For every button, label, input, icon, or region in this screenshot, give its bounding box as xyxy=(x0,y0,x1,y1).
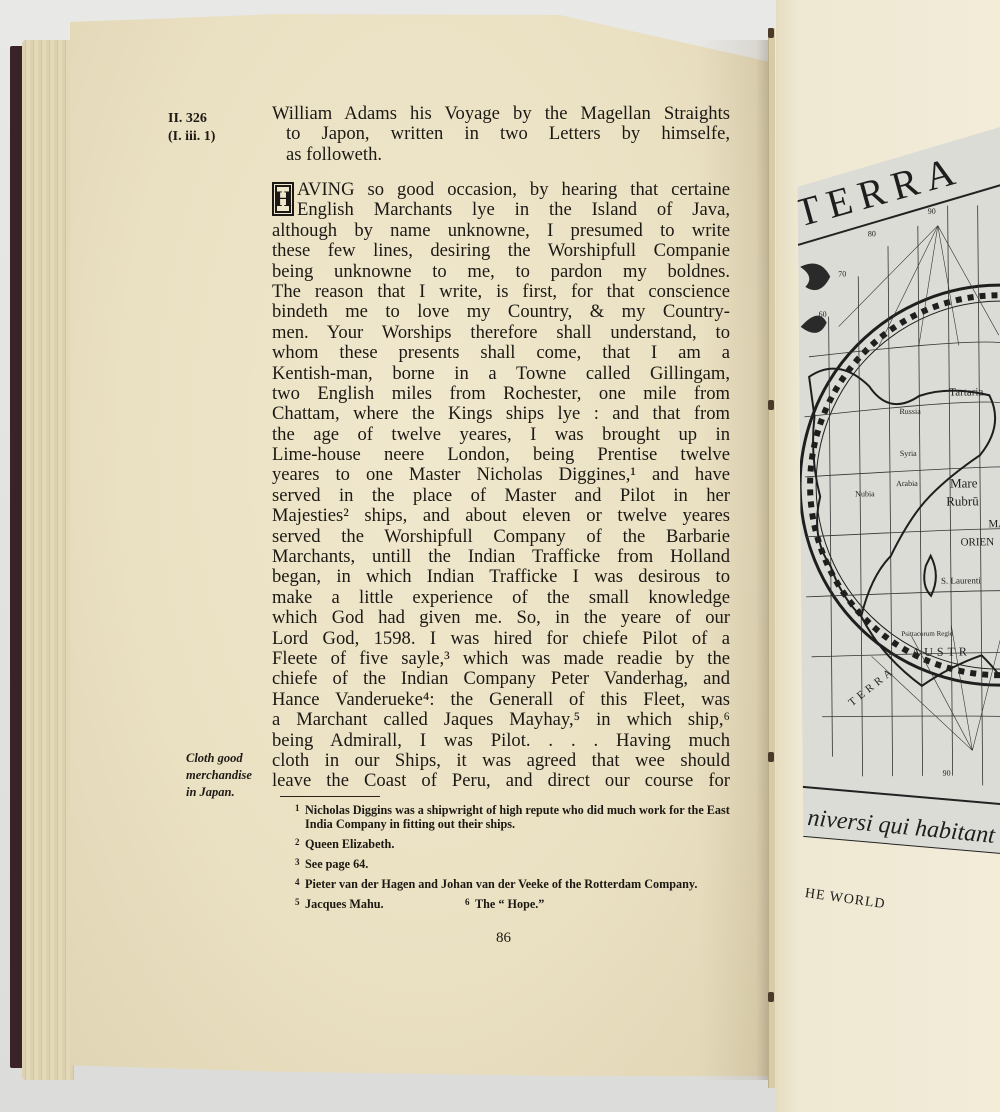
stitch xyxy=(768,992,774,1002)
body-line: Chattam, where the Kings ships lye : and… xyxy=(272,404,730,424)
footnote-text: Queen Elizabeth. xyxy=(305,837,394,851)
footnote-number: 3 xyxy=(295,855,300,869)
svg-text:Tartaria: Tartaria xyxy=(949,386,983,398)
footnote-number: 4 xyxy=(295,875,300,889)
footnote: 1 Nicholas Diggins was a shipwright of h… xyxy=(295,803,731,831)
body-line: Fleete of five sayle,³ which was made re… xyxy=(272,649,730,669)
body-line: AVING so good occasion, by hearing that … xyxy=(272,180,730,200)
footnote-text: See page 64. xyxy=(305,857,368,871)
body-paragraph: H AVING so good occasion, by hearing tha… xyxy=(272,180,730,792)
body-line: being Admirall, I was Pilot. . . . Havin… xyxy=(272,731,730,751)
footnote-text: The “ Hope.” xyxy=(475,897,544,911)
heading-line: as followeth. xyxy=(272,145,730,165)
marginal-note-line: Cloth good xyxy=(186,750,252,767)
body-line: began, in which Indian Trafficke I was d… xyxy=(272,567,730,587)
margin-reference: II. 326 (I. iii. 1) xyxy=(168,110,215,146)
page-number: 86 xyxy=(496,930,511,947)
stitch xyxy=(768,400,774,410)
body-line: Lime-house neere London, being Prentise … xyxy=(272,445,730,465)
body-line: make a little experience of the small kn… xyxy=(272,588,730,608)
svg-text:60: 60 xyxy=(819,310,827,319)
svg-text:90: 90 xyxy=(928,207,936,216)
drop-cap: H xyxy=(272,182,294,216)
chapter-heading: William Adams his Voyage by the Magellan… xyxy=(272,104,730,165)
body-line: yeares to one Master Nicholas Diggines,¹… xyxy=(272,465,730,485)
page-edges xyxy=(22,40,74,1080)
svg-text:Russia: Russia xyxy=(899,407,921,416)
footnote-text: Nicholas Diggins was a shipwright of hig… xyxy=(305,803,730,831)
body-line: Majesties² ships, and about eleven or tw… xyxy=(272,506,730,526)
footnote-row: 5 Jacques Mahu. 6 The “ Hope.” xyxy=(295,897,731,917)
body-line: Hance Vanderueke⁴: the Generall of this … xyxy=(272,690,730,710)
footnote-number: 2 xyxy=(295,835,300,849)
footnote: 3 See page 64. xyxy=(295,857,731,871)
body-line: two English miles from Rochester, one mi… xyxy=(272,384,730,404)
heading-line: William Adams his Voyage by the Magellan… xyxy=(272,104,730,124)
svg-text:Syria: Syria xyxy=(900,449,917,458)
footnote: 6 The “ Hope.” xyxy=(465,897,544,911)
footnote: 4 Pieter van der Hagen and Johan van der… xyxy=(295,877,731,891)
footnotes: 1 Nicholas Diggins was a shipwright of h… xyxy=(295,803,731,917)
body-line: which God had given me. So, in the yeare… xyxy=(272,608,730,628)
body-line: although by name unknowne, I presumed to… xyxy=(272,221,730,241)
heading-line: to Japon, written in two Letters by hims… xyxy=(272,124,730,144)
svg-text:Arabia: Arabia xyxy=(896,479,918,488)
stitch xyxy=(768,28,774,38)
body-line: Lord God, 1598. I was hired for chiefe P… xyxy=(272,629,730,649)
svg-text:90: 90 xyxy=(943,769,951,778)
footnote-text: Pieter van der Hagen and Johan van der V… xyxy=(305,877,697,891)
marginal-note-line: in Japan. xyxy=(186,784,252,801)
footnote: 5 Jacques Mahu. xyxy=(295,897,465,911)
svg-text:AUSTR: AUSTR xyxy=(911,644,970,659)
body-line: these few lines, desiring the Worshipful… xyxy=(272,241,730,261)
svg-text:Nubia: Nubia xyxy=(855,489,875,498)
svg-text:80: 80 xyxy=(868,229,876,238)
body-line: cloth in our Ships, it was agreed that w… xyxy=(272,751,730,771)
body-line: leave the Coast of Peru, and direct our … xyxy=(272,771,730,791)
stitch xyxy=(768,752,774,762)
body-line: English Marchants lye in the Island of J… xyxy=(272,200,730,220)
footnote-number: 5 xyxy=(295,895,300,909)
footnote-text: Jacques Mahu. xyxy=(305,897,384,911)
body-line: chiefe of the Indian Company Peter Vande… xyxy=(272,669,730,689)
world-map-plate: TERRA Tartaria Russia Syria Arabia Mare … xyxy=(797,95,1000,857)
body-line: served the Worshipfull Company of the Ba… xyxy=(272,527,730,547)
binding-thread xyxy=(768,28,775,1088)
svg-text:Rubrū: Rubrū xyxy=(946,493,979,508)
body-line: the age of twelve yeares, I was brought … xyxy=(272,425,730,445)
svg-text:S. Laurenti: S. Laurenti xyxy=(941,575,982,585)
svg-text:70: 70 xyxy=(838,270,846,279)
svg-text:Mare: Mare xyxy=(950,475,978,490)
body-line: Marchants, untill the Indian Trafficke f… xyxy=(272,547,730,567)
marginal-note-line: merchandise xyxy=(186,767,252,784)
footnote-rule xyxy=(280,796,380,797)
footnote-number: 1 xyxy=(295,801,300,815)
svg-text:MA: MA xyxy=(988,518,1000,530)
body-line: a Marchant called Jaques Mayhay,⁵ in whi… xyxy=(272,710,730,730)
svg-text:Psittacorum Regio: Psittacorum Regio xyxy=(901,630,953,638)
svg-text:ORIEN: ORIEN xyxy=(961,536,995,548)
body-line: The reason that I write, is first, for t… xyxy=(272,282,730,302)
footnote-number: 6 xyxy=(465,895,470,909)
marginal-note: Cloth good merchandise in Japan. xyxy=(186,750,252,801)
body-line: being unknowne to me, to pardon my boldn… xyxy=(272,262,730,282)
body-line: men. Your Worships therefore shall under… xyxy=(272,323,730,343)
body-line: Kentish-man, borne in a Towne called Gil… xyxy=(272,364,730,384)
body-line: bindeth me to love my Country, & my Coun… xyxy=(272,302,730,322)
body-line: whom these presents shall come, that I a… xyxy=(272,343,730,363)
margin-reference-volume: II. 326 xyxy=(168,110,215,128)
footnote: 2 Queen Elizabeth. xyxy=(295,837,731,851)
body-line: served in the place of Master and Pilot … xyxy=(272,486,730,506)
margin-reference-original: (I. iii. 1) xyxy=(168,128,215,146)
